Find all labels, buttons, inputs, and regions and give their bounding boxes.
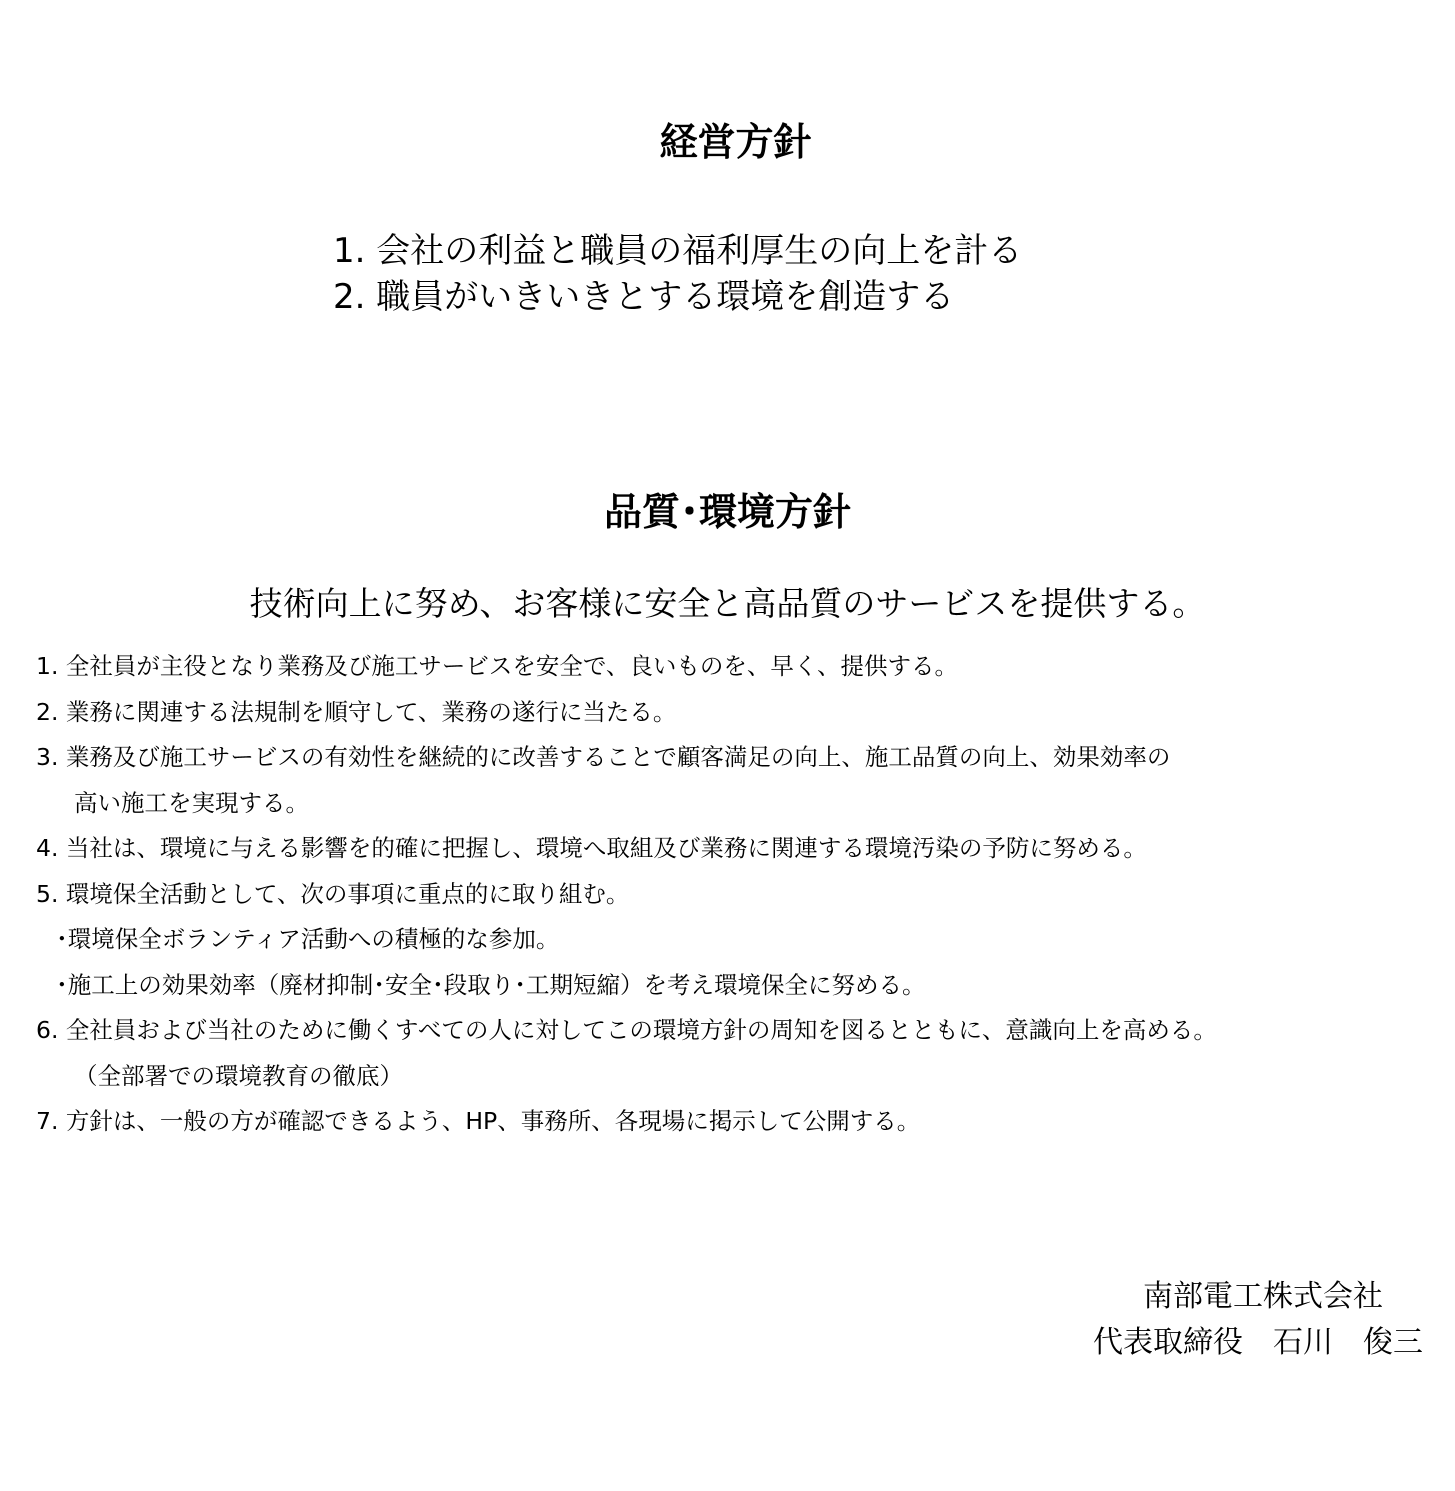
policy-item-5-bullet-1: ･環境保全ボランティア活動への積極的な参加。 xyxy=(36,917,1217,963)
policy-item-4: 4. 当社は、環境に与える影響を的確に把握し、環境へ取組及び業務に関連する環境汚… xyxy=(36,826,1217,872)
policy-item-1: 1. 全社員が主役となり業務及び施工サービスを安全で、良いものを、早く、提供する… xyxy=(36,644,1217,690)
policy-item-6-continuation: （全部署での環境教育の徹底） xyxy=(36,1054,1217,1100)
quality-environment-policy-title: 品質･環境方針 xyxy=(0,487,1455,537)
policy-item-7: 7. 方針は、一般の方が確認できるよう、HP、事務所、各現場に掲示して公開する。 xyxy=(36,1099,1217,1145)
policy-item-3-continuation: 高い施工を実現する。 xyxy=(36,781,1217,827)
company-name: 南部電工株式会社 xyxy=(1093,1274,1423,1320)
policy-item-5: 5. 環境保全活動として、次の事項に重点的に取り組む。 xyxy=(36,872,1217,918)
management-policy-title: 経営方針 xyxy=(0,117,1455,167)
policy-item-6: 6. 全社員および当社のために働くすべての人に対してこの環境方針の周知を図るとと… xyxy=(36,1008,1217,1054)
management-policy-item-2: 2. 職員がいきいきとする環境を創造する xyxy=(333,274,1022,320)
representative-name: 代表取締役 石川 俊三 xyxy=(1093,1320,1423,1366)
quality-policy-lead-statement: 技術向上に努め、お客様に安全と高品質のサービスを提供する。 xyxy=(0,581,1455,627)
policy-item-3: 3. 業務及び施工サービスの有効性を継続的に改善することで顧客満足の向上、施工品… xyxy=(36,735,1217,781)
quality-policy-list: 1. 全社員が主役となり業務及び施工サービスを安全で、良いものを、早く、提供する… xyxy=(36,644,1217,1145)
signature-block: 南部電工株式会社 代表取締役 石川 俊三 xyxy=(1093,1274,1423,1366)
management-policy-item-1: 1. 会社の利益と職員の福利厚生の向上を計る xyxy=(333,228,1022,274)
management-policy-list: 1. 会社の利益と職員の福利厚生の向上を計る 2. 職員がいきいきとする環境を創… xyxy=(333,228,1022,320)
policy-item-5-bullet-2: ･施工上の効果効率（廃材抑制･安全･段取り･工期短縮）を考え環境保全に努める。 xyxy=(36,963,1217,1009)
policy-item-2: 2. 業務に関連する法規制を順守して、業務の遂行に当たる。 xyxy=(36,690,1217,736)
